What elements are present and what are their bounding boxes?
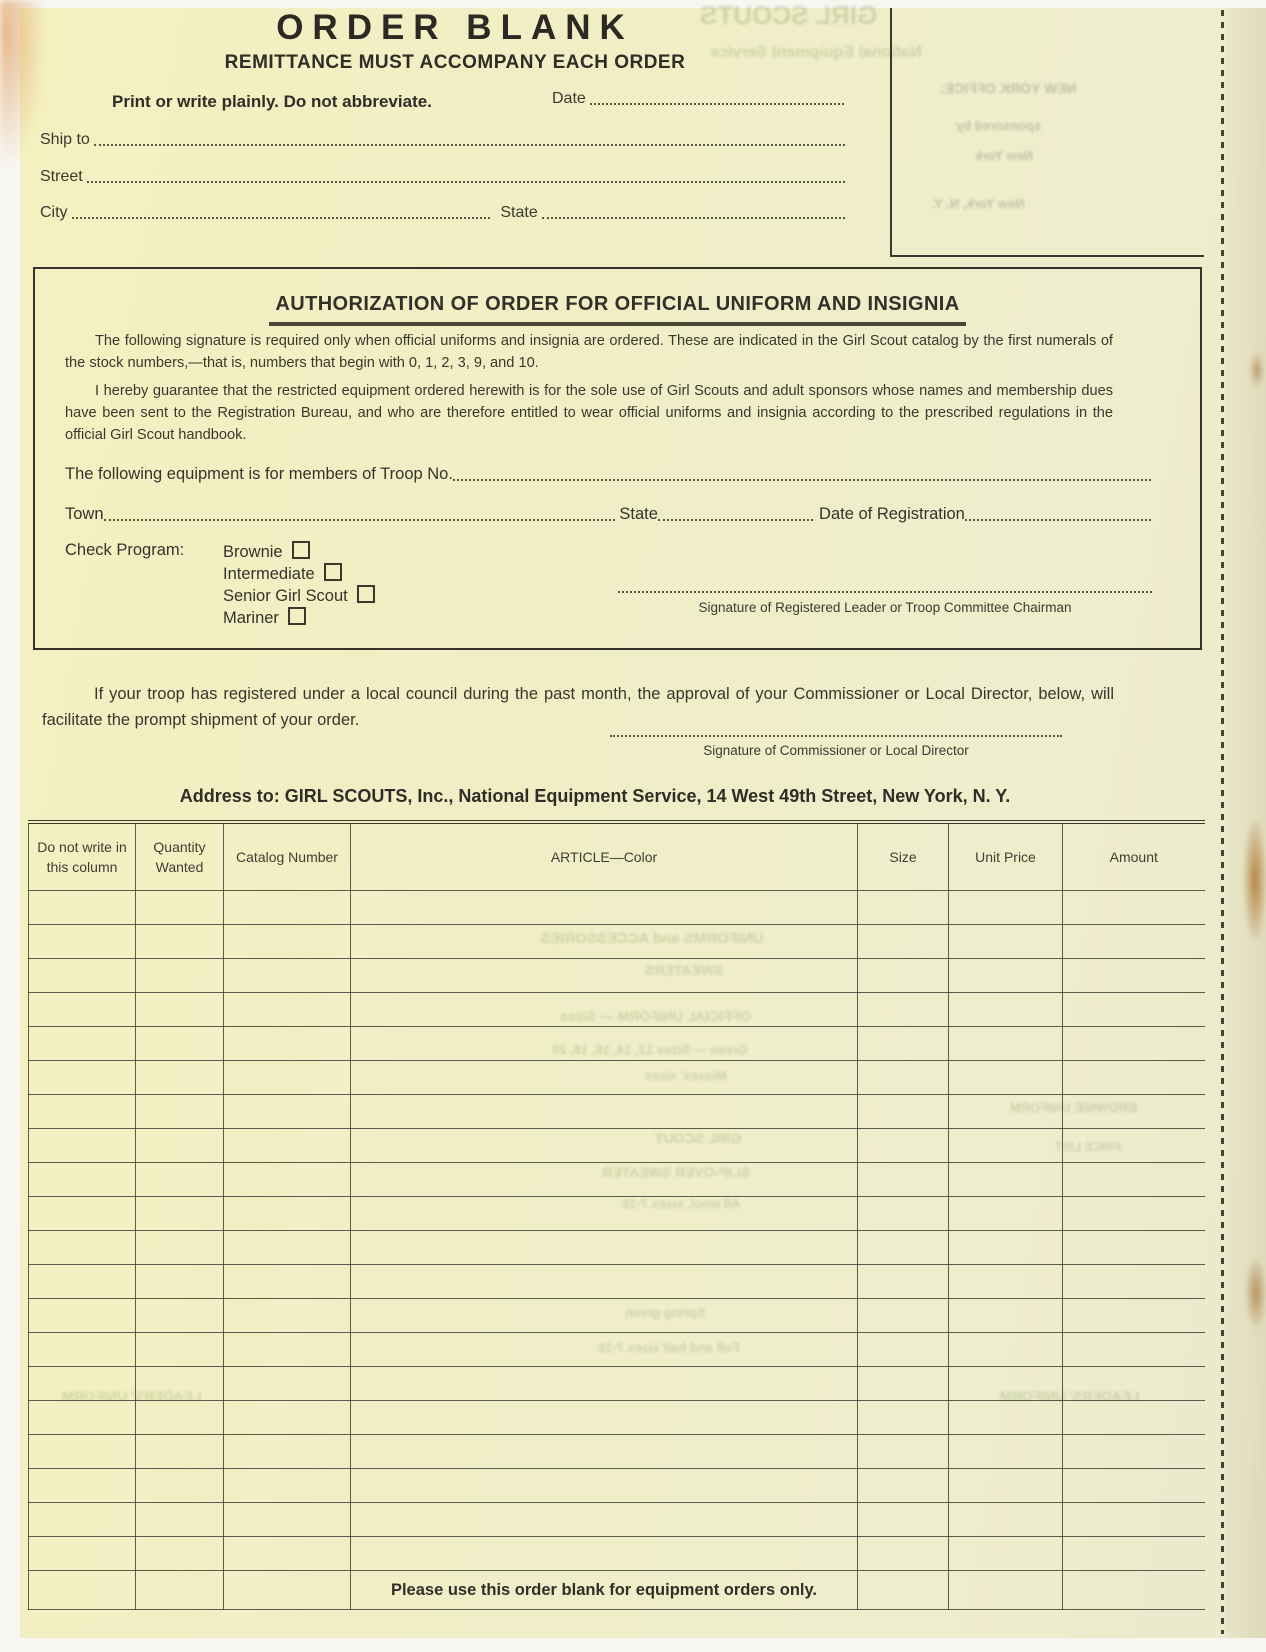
program-item: Intermediate xyxy=(223,563,375,584)
order-table-cell[interactable] xyxy=(29,1095,136,1129)
order-table-row xyxy=(29,1469,1205,1503)
order-table-cell[interactable] xyxy=(224,1435,351,1469)
order-table-cell[interactable] xyxy=(858,1299,949,1333)
registration-date-line[interactable] xyxy=(965,519,1151,521)
order-table-cell[interactable] xyxy=(224,1367,351,1401)
order-table-cell[interactable] xyxy=(351,1401,858,1435)
order-table-cell[interactable] xyxy=(1063,1197,1205,1231)
program-item: Senior Girl Scout xyxy=(223,585,375,606)
order-table-cell[interactable] xyxy=(224,1571,351,1610)
order-table-cell[interactable] xyxy=(29,1163,136,1197)
order-table-cell[interactable] xyxy=(136,1163,224,1197)
order-table-cell[interactable] xyxy=(1063,959,1205,993)
order-table-cell[interactable] xyxy=(29,1571,136,1610)
order-table-cell[interactable] xyxy=(949,1299,1063,1333)
order-table-cell[interactable] xyxy=(858,1265,949,1299)
order-table-row xyxy=(29,925,1205,959)
program-checkbox[interactable] xyxy=(292,541,310,559)
perforation-line xyxy=(1221,10,1224,1634)
order-table-cell[interactable] xyxy=(1063,891,1205,925)
order-table-cell[interactable] xyxy=(224,1299,351,1333)
form-subtitle: REMITTANCE MUST ACCOMPANY EACH ORDER xyxy=(180,52,730,74)
order-table-cell[interactable] xyxy=(1063,1027,1205,1061)
order-table-cell[interactable] xyxy=(1063,1571,1205,1610)
order-table-cell[interactable] xyxy=(949,993,1063,1027)
order-table-cell[interactable] xyxy=(136,1571,224,1610)
order-table-cell[interactable] xyxy=(1063,1435,1205,1469)
order-table-row xyxy=(29,1027,1205,1061)
order-table-cell[interactable] xyxy=(29,1265,136,1299)
troop-number-label: The following equipment is for members o… xyxy=(65,465,453,484)
order-table-cell[interactable] xyxy=(949,1197,1063,1231)
order-table-cell[interactable] xyxy=(351,1129,858,1163)
order-table-cell[interactable] xyxy=(224,1231,351,1265)
order-table-cell[interactable] xyxy=(136,1401,224,1435)
order-table-cell[interactable] xyxy=(949,1027,1063,1061)
order-table-cell[interactable] xyxy=(136,1095,224,1129)
order-table-cell[interactable] xyxy=(858,1571,949,1610)
troop-state-label: State xyxy=(619,505,658,524)
table-header-row: Do not write in this columnQuantity Want… xyxy=(29,822,1205,891)
order-table-cell[interactable] xyxy=(949,959,1063,993)
order-table-cell[interactable] xyxy=(858,993,949,1027)
order-table-row xyxy=(29,1197,1205,1231)
order-table-cell[interactable] xyxy=(1063,1265,1205,1299)
order-table-cell[interactable] xyxy=(351,1503,858,1537)
city-label: City xyxy=(40,204,68,222)
order-table-cell[interactable] xyxy=(1063,1061,1205,1095)
order-table-cell[interactable] xyxy=(351,1027,858,1061)
order-table-cell[interactable] xyxy=(29,1299,136,1333)
order-table-cell[interactable] xyxy=(1063,1231,1205,1265)
town-line[interactable] xyxy=(104,519,616,521)
order-table-row xyxy=(29,1333,1205,1367)
order-table-cell[interactable] xyxy=(224,1333,351,1367)
order-table-cell[interactable] xyxy=(949,1163,1063,1197)
paper-stain xyxy=(1244,820,1266,940)
table-header-cell: Quantity Wanted xyxy=(136,822,224,891)
order-table-cell[interactable] xyxy=(351,891,858,925)
order-table-row xyxy=(29,1503,1205,1537)
order-table-cell[interactable] xyxy=(29,925,136,959)
order-table-cell[interactable] xyxy=(1063,993,1205,1027)
order-table-cell[interactable] xyxy=(29,1061,136,1095)
program-item: Mariner xyxy=(223,607,375,628)
order-table-cell[interactable] xyxy=(858,1061,949,1095)
order-table-cell[interactable] xyxy=(949,1265,1063,1299)
ship-to-label: Ship to xyxy=(40,131,90,149)
order-table-cell[interactable] xyxy=(136,959,224,993)
order-table-row xyxy=(29,1537,1205,1571)
order-table-cell[interactable] xyxy=(858,1231,949,1265)
date-label: Date xyxy=(552,90,586,108)
order-table-cell[interactable] xyxy=(858,1095,949,1129)
order-table-row xyxy=(29,1299,1205,1333)
order-table-cell[interactable] xyxy=(29,1435,136,1469)
order-table-cell[interactable] xyxy=(224,1095,351,1129)
order-table-cell[interactable] xyxy=(858,959,949,993)
city-state-row: City State xyxy=(40,204,845,222)
order-table-row xyxy=(29,1401,1205,1435)
order-table-cell[interactable] xyxy=(136,1027,224,1061)
authorization-heading: AUTHORIZATION OF ORDER FOR OFFICIAL UNIF… xyxy=(269,293,965,326)
order-table-row xyxy=(29,1061,1205,1095)
date-line[interactable] xyxy=(590,103,844,105)
order-items-table: Do not write in this columnQuantity Want… xyxy=(28,820,1205,1610)
order-table-cell[interactable] xyxy=(949,1571,1063,1610)
mailing-address-line: Address to: GIRL SCOUTS, Inc., National … xyxy=(80,786,1110,807)
equipment-only-note: Please use this order blank for equipmen… xyxy=(351,1571,858,1610)
registration-date-label: Date of Registration xyxy=(819,505,965,524)
program-label: Mariner xyxy=(223,609,279,627)
order-table-cell[interactable] xyxy=(949,1095,1063,1129)
commissioner-signature-caption: Signature of Commissioner or Local Direc… xyxy=(610,743,1062,758)
order-table-cell[interactable] xyxy=(858,1197,949,1231)
order-table-cell[interactable] xyxy=(949,1537,1063,1571)
order-table-cell[interactable] xyxy=(949,1333,1063,1367)
order-table-cell[interactable] xyxy=(1063,1163,1205,1197)
table-header-cell: Size xyxy=(858,822,949,891)
program-item: Brownie xyxy=(223,541,375,562)
program-checkbox[interactable] xyxy=(357,585,375,603)
street-line[interactable] xyxy=(87,181,845,183)
ship-to-line[interactable] xyxy=(94,144,845,146)
order-table-cell[interactable] xyxy=(858,1333,949,1367)
check-program-label: Check Program: xyxy=(65,541,223,628)
order-table-cell[interactable] xyxy=(224,891,351,925)
order-table-cell[interactable] xyxy=(351,1537,858,1571)
date-row: Date xyxy=(552,90,844,108)
authorization-heading-wrap: AUTHORIZATION OF ORDER FOR OFFICIAL UNIF… xyxy=(35,293,1200,326)
office-use-box xyxy=(890,8,1204,257)
order-table-cell[interactable] xyxy=(949,1129,1063,1163)
order-table-cell[interactable] xyxy=(29,1129,136,1163)
order-table-cell[interactable] xyxy=(949,891,1063,925)
city-line[interactable] xyxy=(72,217,491,219)
order-table-cell[interactable] xyxy=(136,1265,224,1299)
street-label: Street xyxy=(40,168,83,186)
leader-signature-line[interactable] xyxy=(618,591,1152,593)
order-table-cell[interactable] xyxy=(351,1265,858,1299)
order-table-cell[interactable] xyxy=(858,1537,949,1571)
order-table-cell[interactable] xyxy=(858,925,949,959)
order-table-cell[interactable] xyxy=(136,1333,224,1367)
town-label: Town xyxy=(65,505,104,524)
order-table-cell[interactable] xyxy=(1063,1299,1205,1333)
order-table-cell[interactable] xyxy=(224,1129,351,1163)
order-table-cell[interactable] xyxy=(136,925,224,959)
order-table-cell[interactable] xyxy=(224,993,351,1027)
order-table-cell[interactable] xyxy=(224,1503,351,1537)
order-table-cell[interactable] xyxy=(351,959,858,993)
order-table-cell[interactable] xyxy=(1063,1129,1205,1163)
order-table-cell[interactable] xyxy=(136,1367,224,1401)
order-table-cell[interactable] xyxy=(224,1163,351,1197)
order-table-cell[interactable] xyxy=(224,1265,351,1299)
leader-signature-caption: Signature of Registered Leader or Troop … xyxy=(618,600,1152,615)
order-table-cell[interactable] xyxy=(136,1435,224,1469)
order-table-cell[interactable] xyxy=(858,1401,949,1435)
order-table-cell[interactable] xyxy=(224,925,351,959)
order-table-cell[interactable] xyxy=(949,1469,1063,1503)
order-table-cell[interactable] xyxy=(949,1435,1063,1469)
order-table-row xyxy=(29,1163,1205,1197)
order-table-cell[interactable] xyxy=(858,1469,949,1503)
ship-to-row: Ship to xyxy=(40,131,845,149)
state-label: State xyxy=(500,204,537,222)
order-table-cell[interactable] xyxy=(29,1469,136,1503)
order-table-cell[interactable] xyxy=(351,1299,858,1333)
order-table-row xyxy=(29,993,1205,1027)
order-table-cell[interactable] xyxy=(136,891,224,925)
order-table-cell[interactable] xyxy=(351,1231,858,1265)
authorization-paragraph-2: I hereby guarantee that the restricted e… xyxy=(65,381,1113,447)
order-table-cell[interactable] xyxy=(858,1367,949,1401)
troop-number-row: The following equipment is for members o… xyxy=(65,465,1151,484)
program-label: Senior Girl Scout xyxy=(223,587,348,605)
order-table-cell[interactable] xyxy=(351,1333,858,1367)
order-table-row: Please use this order blank for equipmen… xyxy=(29,1571,1205,1610)
order-table-cell[interactable] xyxy=(1063,1503,1205,1537)
order-table-row xyxy=(29,1095,1205,1129)
town-state-registration-row: Town State Date of Registration xyxy=(65,505,1151,524)
program-checkbox[interactable] xyxy=(288,607,306,625)
order-table-row xyxy=(29,959,1205,993)
order-table-cell[interactable] xyxy=(949,1061,1063,1095)
order-table-cell[interactable] xyxy=(351,1163,858,1197)
program-checkbox[interactable] xyxy=(324,563,342,581)
order-table-cell[interactable] xyxy=(224,1197,351,1231)
order-table-cell[interactable] xyxy=(351,925,858,959)
order-table-row xyxy=(29,1231,1205,1265)
order-table-cell[interactable] xyxy=(136,1469,224,1503)
order-table-cell[interactable] xyxy=(949,925,1063,959)
order-table-cell[interactable] xyxy=(351,1197,858,1231)
order-table-cell[interactable] xyxy=(224,1537,351,1571)
order-table-cell[interactable] xyxy=(29,1503,136,1537)
order-table-row xyxy=(29,1367,1205,1401)
order-table-cell[interactable] xyxy=(29,959,136,993)
order-table-cell[interactable] xyxy=(858,1027,949,1061)
order-table-cell[interactable] xyxy=(29,1197,136,1231)
order-table-cell[interactable] xyxy=(29,1027,136,1061)
order-table-cell[interactable] xyxy=(224,1401,351,1435)
table-header-cell: Do not write in this column xyxy=(29,822,136,891)
order-table-row xyxy=(29,1265,1205,1299)
order-table-cell[interactable] xyxy=(224,1469,351,1503)
table-header-cell: Unit Price xyxy=(949,822,1063,891)
order-table-cell[interactable] xyxy=(858,1163,949,1197)
order-table-cell[interactable] xyxy=(949,1231,1063,1265)
table-header-cell: Catalog Number xyxy=(224,822,351,891)
order-table-cell[interactable] xyxy=(1063,925,1205,959)
state-line[interactable] xyxy=(542,217,845,219)
adjacent-page-strip xyxy=(1225,8,1266,1638)
order-table-cell[interactable] xyxy=(1063,1401,1205,1435)
check-program-block: Check Program: BrownieIntermediateSenior… xyxy=(65,541,375,628)
order-table-cell[interactable] xyxy=(1063,1469,1205,1503)
order-table-row xyxy=(29,1129,1205,1163)
paper-stain xyxy=(1250,352,1264,388)
order-table-cell[interactable] xyxy=(351,993,858,1027)
troop-state-line[interactable] xyxy=(658,519,813,521)
troop-number-line[interactable] xyxy=(453,479,1151,481)
order-table-cell[interactable] xyxy=(351,1367,858,1401)
order-table-cell[interactable] xyxy=(136,1537,224,1571)
order-table-cell[interactable] xyxy=(351,1435,858,1469)
order-table-cell[interactable] xyxy=(29,1537,136,1571)
order-table-cell[interactable] xyxy=(29,1367,136,1401)
order-table-cell[interactable] xyxy=(351,1095,858,1129)
order-table-cell[interactable] xyxy=(1063,1095,1205,1129)
order-table-cell[interactable] xyxy=(136,1129,224,1163)
table-header-cell: Amount xyxy=(1063,822,1205,891)
order-table-cell[interactable] xyxy=(136,1503,224,1537)
order-table-cell[interactable] xyxy=(1063,1367,1205,1401)
order-table-cell[interactable] xyxy=(136,993,224,1027)
order-table-row xyxy=(29,1435,1205,1469)
order-table-row xyxy=(29,891,1205,925)
program-list: BrownieIntermediateSenior Girl ScoutMari… xyxy=(223,541,375,628)
order-table-cell[interactable] xyxy=(858,1503,949,1537)
street-row: Street xyxy=(40,168,845,186)
order-table-cell[interactable] xyxy=(136,1231,224,1265)
order-table-cell[interactable] xyxy=(351,1061,858,1095)
order-table-cell[interactable] xyxy=(29,891,136,925)
order-table-cell[interactable] xyxy=(858,891,949,925)
order-table-cell[interactable] xyxy=(224,959,351,993)
order-table-cell[interactable] xyxy=(949,1367,1063,1401)
print-instruction: Print or write plainly. Do not abbreviat… xyxy=(112,92,432,112)
order-table-cell[interactable] xyxy=(351,1469,858,1503)
order-table-cell[interactable] xyxy=(29,1401,136,1435)
order-table-cell[interactable] xyxy=(224,1061,351,1095)
order-table-cell[interactable] xyxy=(1063,1537,1205,1571)
order-table-cell[interactable] xyxy=(136,1061,224,1095)
program-label: Intermediate xyxy=(223,565,315,583)
order-table-cell[interactable] xyxy=(29,993,136,1027)
authorization-box: AUTHORIZATION OF ORDER FOR OFFICIAL UNIF… xyxy=(33,267,1202,650)
order-table-cell[interactable] xyxy=(1063,1333,1205,1367)
commissioner-signature-line[interactable] xyxy=(610,735,1062,737)
order-table-cell[interactable] xyxy=(29,1231,136,1265)
authorization-paragraph-1: The following signature is required only… xyxy=(65,331,1113,375)
paper-stain xyxy=(1246,1258,1266,1328)
order-table-cell[interactable] xyxy=(29,1333,136,1367)
program-label: Brownie xyxy=(223,543,283,561)
order-table-cell[interactable] xyxy=(949,1503,1063,1537)
form-title: ORDER BLANK xyxy=(240,8,670,48)
order-table-cell[interactable] xyxy=(858,1129,949,1163)
table-header-cell: ARTICLE—Color xyxy=(351,822,858,891)
order-table-cell[interactable] xyxy=(224,1027,351,1061)
order-table-cell[interactable] xyxy=(858,1435,949,1469)
council-note: If your troop has registered under a loc… xyxy=(42,681,1114,734)
order-table-cell[interactable] xyxy=(136,1299,224,1333)
order-table-cell[interactable] xyxy=(136,1197,224,1231)
scanned-order-form: GIRL SCOUTSNational Equipment ServiceNEW… xyxy=(0,0,1266,1652)
order-table-cell[interactable] xyxy=(949,1401,1063,1435)
